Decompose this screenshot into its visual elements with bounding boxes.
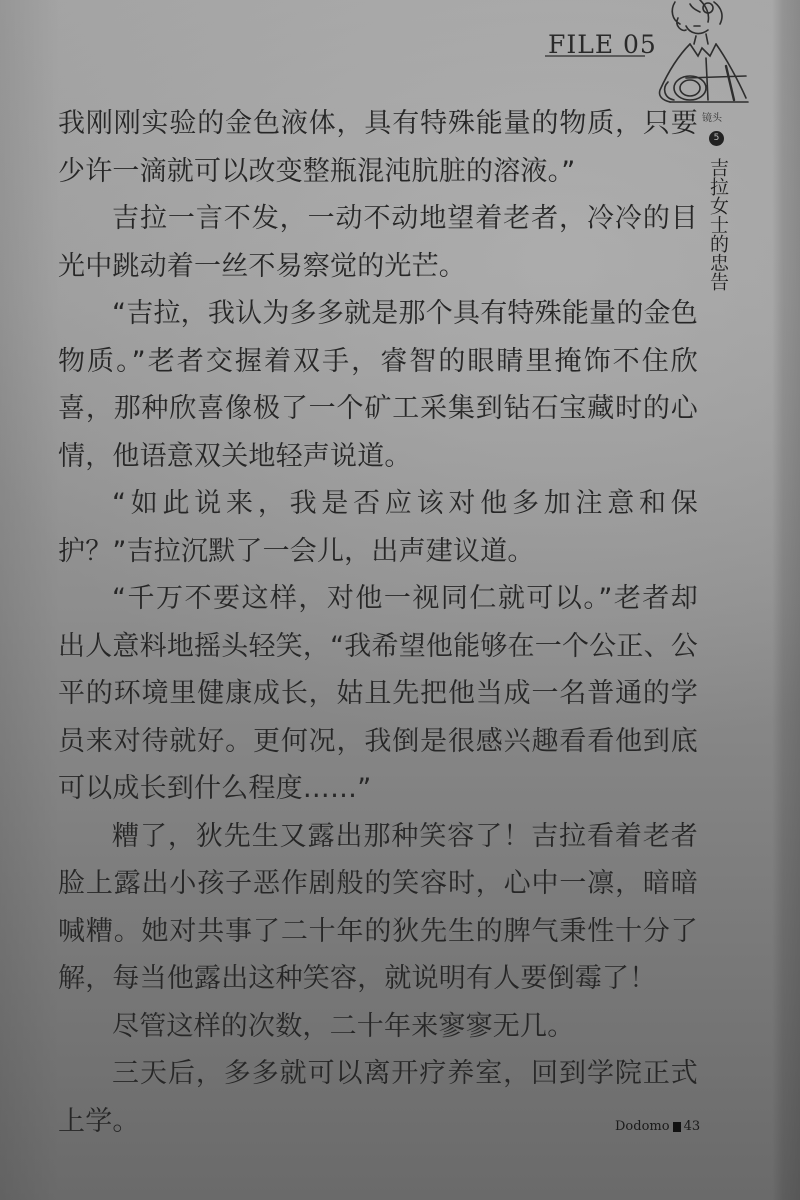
paragraph: 吉拉一言不发，一动不动地望着老者，冷冷的目光中跳动着一丝不易察觉的光芒。	[58, 195, 698, 290]
paragraph: 我刚刚实验的金色液体，具有特殊能量的物质，只要少许一滴就可以改变整瓶混沌肮脏的溶…	[58, 100, 698, 195]
chapter-title: 吉拉女士的忠告	[706, 158, 728, 291]
file-label-underline	[545, 55, 645, 57]
paragraph: 糟了，狄先生又露出那种笑容了！吉拉看着老者脸上露出小孩子恶作剧般的笑容时，心中一…	[58, 813, 698, 1003]
footer-square-icon	[673, 1122, 681, 1132]
illustration-caption: 镜头	[702, 109, 722, 124]
paragraph: 三天后，多多就可以离开疗养室，回到学院正式上学。	[58, 1050, 698, 1145]
paragraph: “千万不要这样，对他一视同仁就可以。”老者却出人意料地摇头轻笑，“我希望他能够在…	[58, 575, 698, 813]
page-edge-shadow	[772, 0, 800, 1200]
body-text: 我刚刚实验的金色液体，具有特殊能量的物质，只要少许一滴就可以改变整瓶混沌肮脏的溶…	[58, 100, 698, 1145]
paragraph: 尽管这样的次数，二十年来寥寥无几。	[58, 1003, 698, 1051]
page-footer: Dodomo 43	[615, 1119, 700, 1134]
paragraph: “如此说来，我是否应该对他多加注意和保护？”吉拉沉默了一会儿，出声建议道。	[58, 480, 698, 575]
book-title: Dodomo	[615, 1119, 670, 1134]
page-gutter-shadow	[0, 0, 60, 1200]
paragraph: “吉拉，我认为多多就是那个具有特殊能量的金色物质。”老者交握着双手，睿智的眼睛里…	[58, 290, 698, 480]
character-illustration	[650, 0, 760, 108]
page-number: 43	[684, 1119, 701, 1134]
chapter-number-badge: 5	[709, 131, 724, 146]
